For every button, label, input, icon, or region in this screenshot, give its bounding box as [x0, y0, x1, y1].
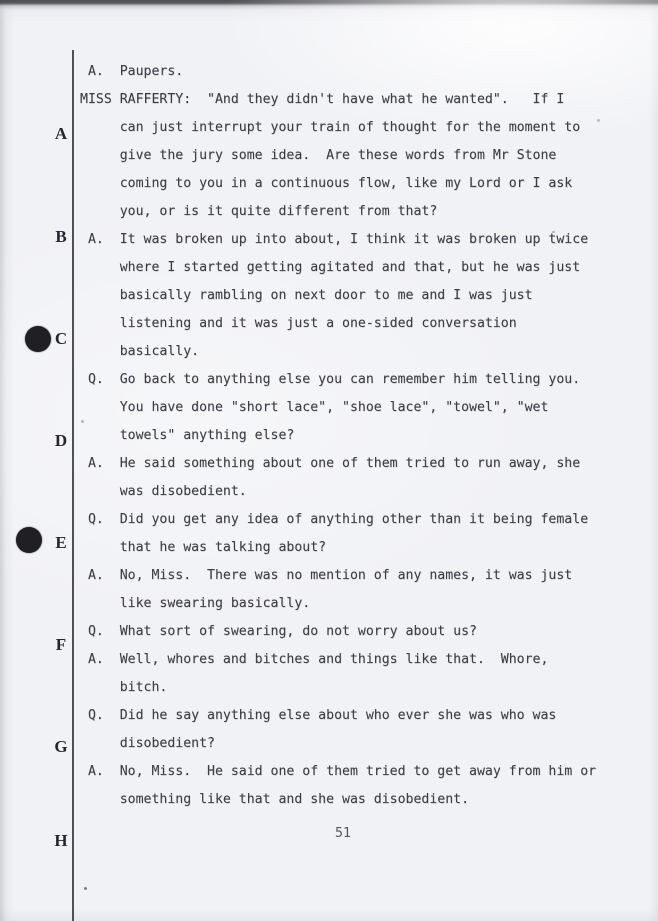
- margin-dot: [25, 326, 51, 352]
- transcript-line: can just interrupt your train of thought…: [80, 114, 596, 142]
- margin-letter: A: [44, 123, 78, 145]
- transcript-line: A. Paupers.: [80, 58, 596, 86]
- margin-letter: H: [44, 830, 78, 852]
- transcript-line: towels" anything else?: [80, 422, 596, 450]
- page-number: 51: [303, 826, 383, 841]
- transcript-line: MISS RAFFERTY: "And they didn't have wha…: [80, 86, 596, 114]
- scan-speck: [81, 420, 84, 423]
- transcript-line: listening and it was just a one-sided co…: [80, 310, 596, 338]
- margin-letter: D: [44, 430, 78, 452]
- margin-letter: E: [44, 532, 78, 554]
- transcript-line: was disobedient.: [80, 478, 596, 506]
- scan-speck: [552, 231, 555, 233]
- transcript-line: Q. Did he say anything else about who ev…: [80, 702, 596, 730]
- margin-letter: F: [44, 634, 78, 656]
- transcript-line: give the jury some idea. Are these words…: [80, 142, 596, 170]
- margin-letter: G: [44, 736, 78, 758]
- margin-rule-line: [72, 50, 74, 921]
- margin-dot: [16, 527, 42, 553]
- margin-letter: B: [44, 226, 78, 248]
- transcript-line: A. It was broken up into about, I think …: [80, 226, 596, 254]
- scanned-transcript-page: ABCDEFGH A. Paupers.MISS RAFFERTY: "And …: [0, 0, 658, 921]
- transcript-line: something like that and she was disobedi…: [80, 786, 596, 814]
- transcript-line: where I started getting agitated and tha…: [80, 254, 596, 282]
- transcript-line: A. No, Miss. He said one of them tried t…: [80, 758, 596, 786]
- transcript-line: disobedient?: [80, 730, 596, 758]
- transcript-line: bitch.: [80, 674, 596, 702]
- transcript-line: Q. What sort of swearing, do not worry a…: [80, 618, 596, 646]
- transcript-line: Q. Did you get any idea of anything othe…: [80, 506, 596, 534]
- transcript-line: A. No, Miss. There was no mention of any…: [80, 562, 596, 590]
- transcript-line: A. He said something about one of them t…: [80, 450, 596, 478]
- transcript-line: basically.: [80, 338, 596, 366]
- transcript-line: like swearing basically.: [80, 590, 596, 618]
- scan-speck: [597, 119, 600, 122]
- transcript-line: you, or is it quite different from that?: [80, 198, 596, 226]
- transcript-text-block: A. Paupers.MISS RAFFERTY: "And they didn…: [80, 58, 596, 814]
- scan-speck: [84, 887, 87, 890]
- transcript-line: that he was talking about?: [80, 534, 596, 562]
- transcript-line: Q. Go back to anything else you can reme…: [80, 366, 596, 394]
- transcript-line: A. Well, whores and bitches and things l…: [80, 646, 596, 674]
- transcript-line: coming to you in a continuous flow, like…: [80, 170, 596, 198]
- transcript-line: basically rambling on next door to me an…: [80, 282, 596, 310]
- transcript-line: You have done "short lace", "shoe lace",…: [80, 394, 596, 422]
